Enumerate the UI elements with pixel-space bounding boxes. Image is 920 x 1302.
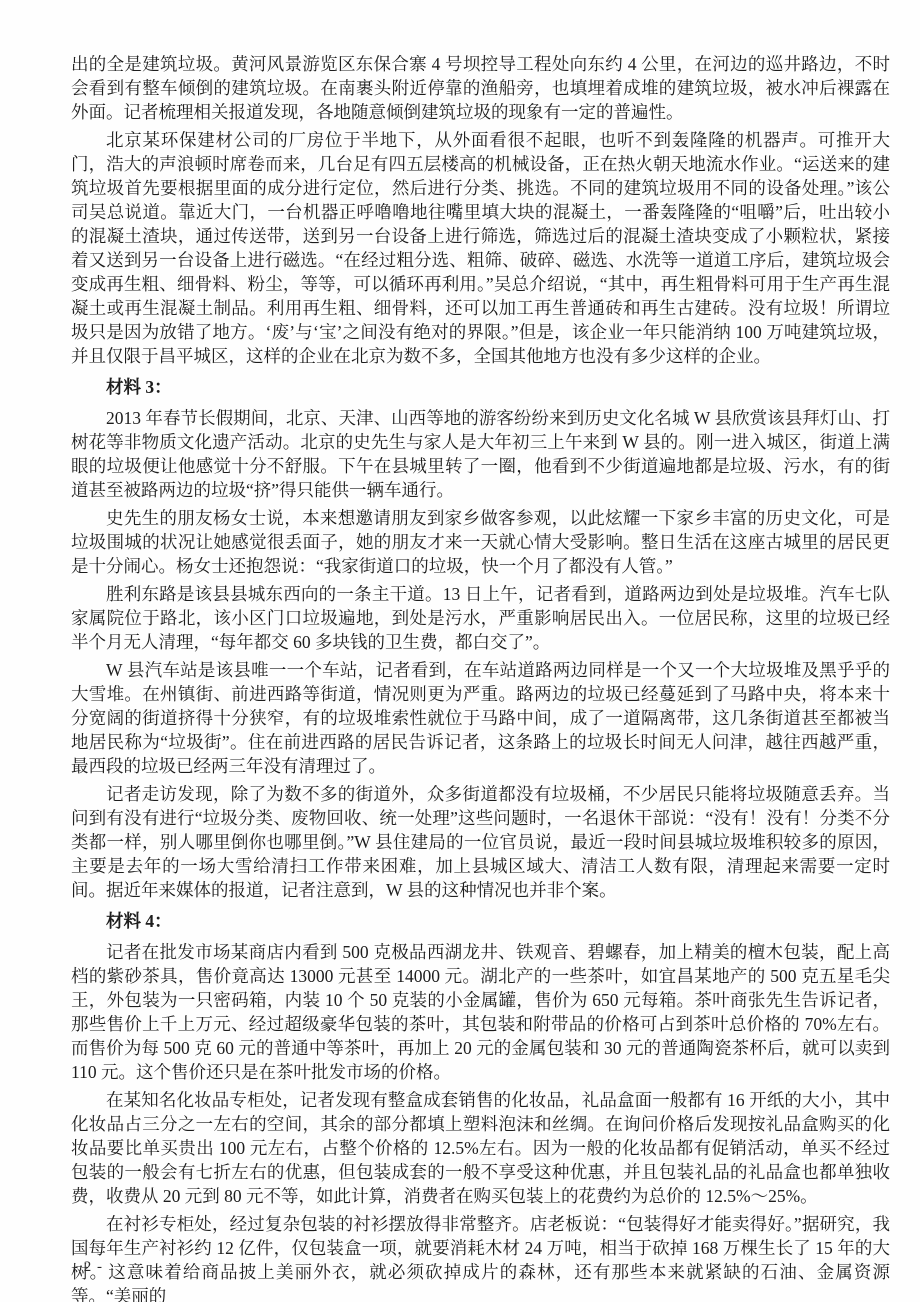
section-heading-material-3: 材料 3： xyxy=(71,375,890,399)
paragraph: 记者走访发现，除了为数不多的街道外，众多街道都没有垃圾桶，不少居民只能将垃圾随意… xyxy=(71,782,890,902)
paragraph: 在某知名化妆品专柜处，记者发现有整盒成套销售的化妆品，礼品盒面一般都有 16 开… xyxy=(71,1088,890,1208)
paragraph: 在衬衫专柜处，经过复杂包装的衬衫摆放得非常整齐。店老板说：“包装得好才能卖得好。… xyxy=(71,1212,890,1302)
paragraph: 北京某环保建材公司的厂房位于半地下，从外面看很不起眼，也听不到轰隆隆的机器声。可… xyxy=(71,128,890,368)
paragraph: 记者在批发市场某商店内看到 500 克极品西湖龙井、铁观音、碧螺春，加上精美的檀… xyxy=(71,940,890,1084)
paragraph: W 县汽车站是该县唯一一个车站，记者看到，在车站道路两边同样是一个又一个大垃圾堆… xyxy=(71,658,890,778)
paragraph: 史先生的朋友杨女士说，本来想邀请朋友到家乡做客参观，以此炫耀一下家乡丰富的历史文… xyxy=(71,506,890,578)
document-body: 出的全是建筑垃圾。黄河风景游览区东保合寨 4 号坝控导工程处向东约 4 公里，在… xyxy=(71,52,890,1302)
paragraph: 胜利东路是该县县城东西向的一条主干道。13 日上午，记者看到，道路两边到处是垃圾… xyxy=(71,582,890,654)
document-page: 出的全是建筑垃圾。黄河风景游览区东保合寨 4 号坝控导工程处向东约 4 公里，在… xyxy=(0,0,920,1302)
paragraph: 2013 年春节长假期间，北京、天津、山西等地的游客纷纷来到历史文化名城 W 县… xyxy=(71,406,890,502)
section-heading-material-4: 材料 4： xyxy=(71,909,890,933)
paragraph: 出的全是建筑垃圾。黄河风景游览区东保合寨 4 号坝控导工程处向东约 4 公里，在… xyxy=(71,52,890,124)
page-number: - 2 - xyxy=(73,1259,103,1276)
